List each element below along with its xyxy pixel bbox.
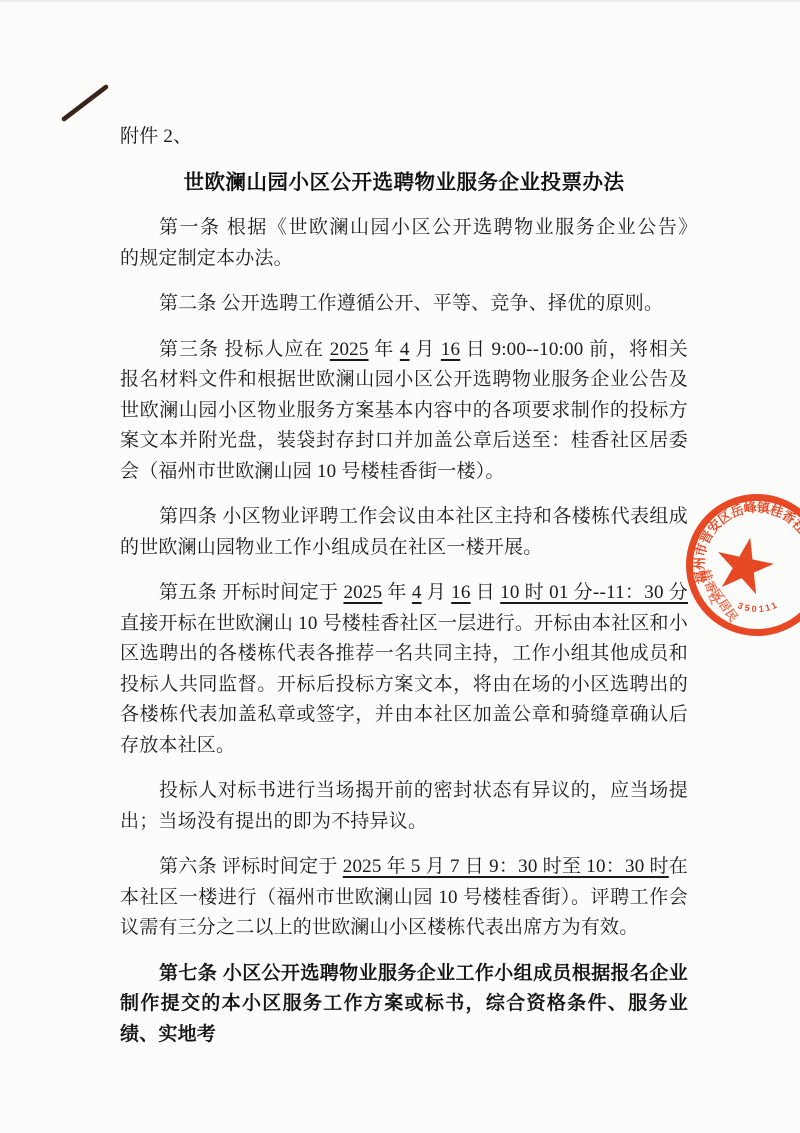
text-run: 年 (382, 582, 412, 603)
underlined-text: 4 (412, 582, 422, 603)
text-run: 月 (410, 339, 441, 360)
text-run: 投标人对标书进行当场揭开前的密封状态有异议的，应当场提出；当场没有提出的即为不持… (120, 780, 688, 832)
document-title: 世欧澜山园小区公开选聘物业服务企业投票办法 (120, 168, 688, 198)
underlined-text: 16 (441, 339, 460, 360)
document-body: 附件 2、 世欧澜山园小区公开选聘物业服务企业投票办法 第一条 根据《世欧澜山园… (120, 122, 688, 1050)
underlined-text: 16 (451, 582, 470, 603)
underlined-text: 2025 (343, 582, 382, 603)
document-page: 附件 2、 世欧澜山园小区公开选聘物业服务企业投票办法 第一条 根据《世欧澜山园… (0, 0, 800, 1133)
text-run: 第四条 小区物业评聘工作会议由本社区主持和各楼栋代表组成的世欧澜山园物业工作小组… (120, 506, 688, 558)
article-1: 第一条 根据《世欧澜山园小区公开选聘物业服务企业公告》 的规定制定本办法。 (120, 213, 688, 274)
text-run: 直接开标在世欧澜山 10 号楼桂香社区一层进行。开标由本社区和小区选聘出的各楼栋… (120, 613, 688, 756)
text-run: 第七条 小区公开选聘物业服务企业工作小组成员根据报名企业制作提交的本小区服务工作… (120, 963, 688, 1045)
article-4: 第四条 小区物业评聘工作会议由本社区主持和各楼栋代表组成的世欧澜山园物业工作小组… (120, 502, 688, 563)
attachment-label: 附件 2、 (120, 122, 688, 152)
pen-stroke-icon (64, 87, 106, 119)
official-seal: 福州市晋安区岳峰镇桂香社区居民委员会 350111 桂香社 区居民 (647, 455, 800, 675)
text-run: 第一条 根据《世欧澜山园小区公开选聘物业服务企业公告》 的规定制定本办法。 (120, 217, 707, 269)
article-2: 第二条 公开选聘工作遵循公开、平等、竞争、择优的原则。 (120, 289, 688, 320)
text-run: 第三条 投标人应在 (159, 339, 330, 360)
text-run: 第六条 评标时间定于 (159, 856, 343, 877)
article-7: 第七条 小区公开选聘物业服务企业工作小组成员根据报名企业制作提交的本小区服务工作… (120, 959, 688, 1051)
article-3: 第三条 投标人应在 2025 年 4 月 16 日 9:00--10:00 前，… (120, 335, 688, 488)
article-6: 第六条 评标时间定于 2025 年 5 月 7 日 9：30 时至 10：30 … (120, 852, 688, 944)
paragraph-container: 第一条 根据《世欧澜山园小区公开选聘物业服务企业公告》 的规定制定本办法。第二条… (120, 213, 688, 1050)
text-run: 日 (471, 582, 501, 603)
seal-number: 350111 (736, 599, 780, 614)
text-run: 第五条 开标时间定于 (159, 582, 343, 603)
objection-clause: 投标人对标书进行当场揭开前的密封状态有异议的，应当场提出；当场没有提出的即为不持… (120, 776, 688, 837)
text-run: 月 (422, 582, 452, 603)
underlined-text: 2025 年 5 月 7 日 9：30 时至 10：30 时 (343, 856, 669, 877)
text-run: 年 (369, 339, 400, 360)
underlined-text: 4 (400, 339, 410, 360)
underlined-text: 2025 (330, 339, 369, 360)
text-run: 第二条 公开选聘工作遵循公开、平等、竞争、择优的原则。 (159, 293, 663, 314)
article-5: 第五条 开标时间定于 2025 年 4 月 16 日 10 时 01 分--11… (120, 578, 688, 761)
